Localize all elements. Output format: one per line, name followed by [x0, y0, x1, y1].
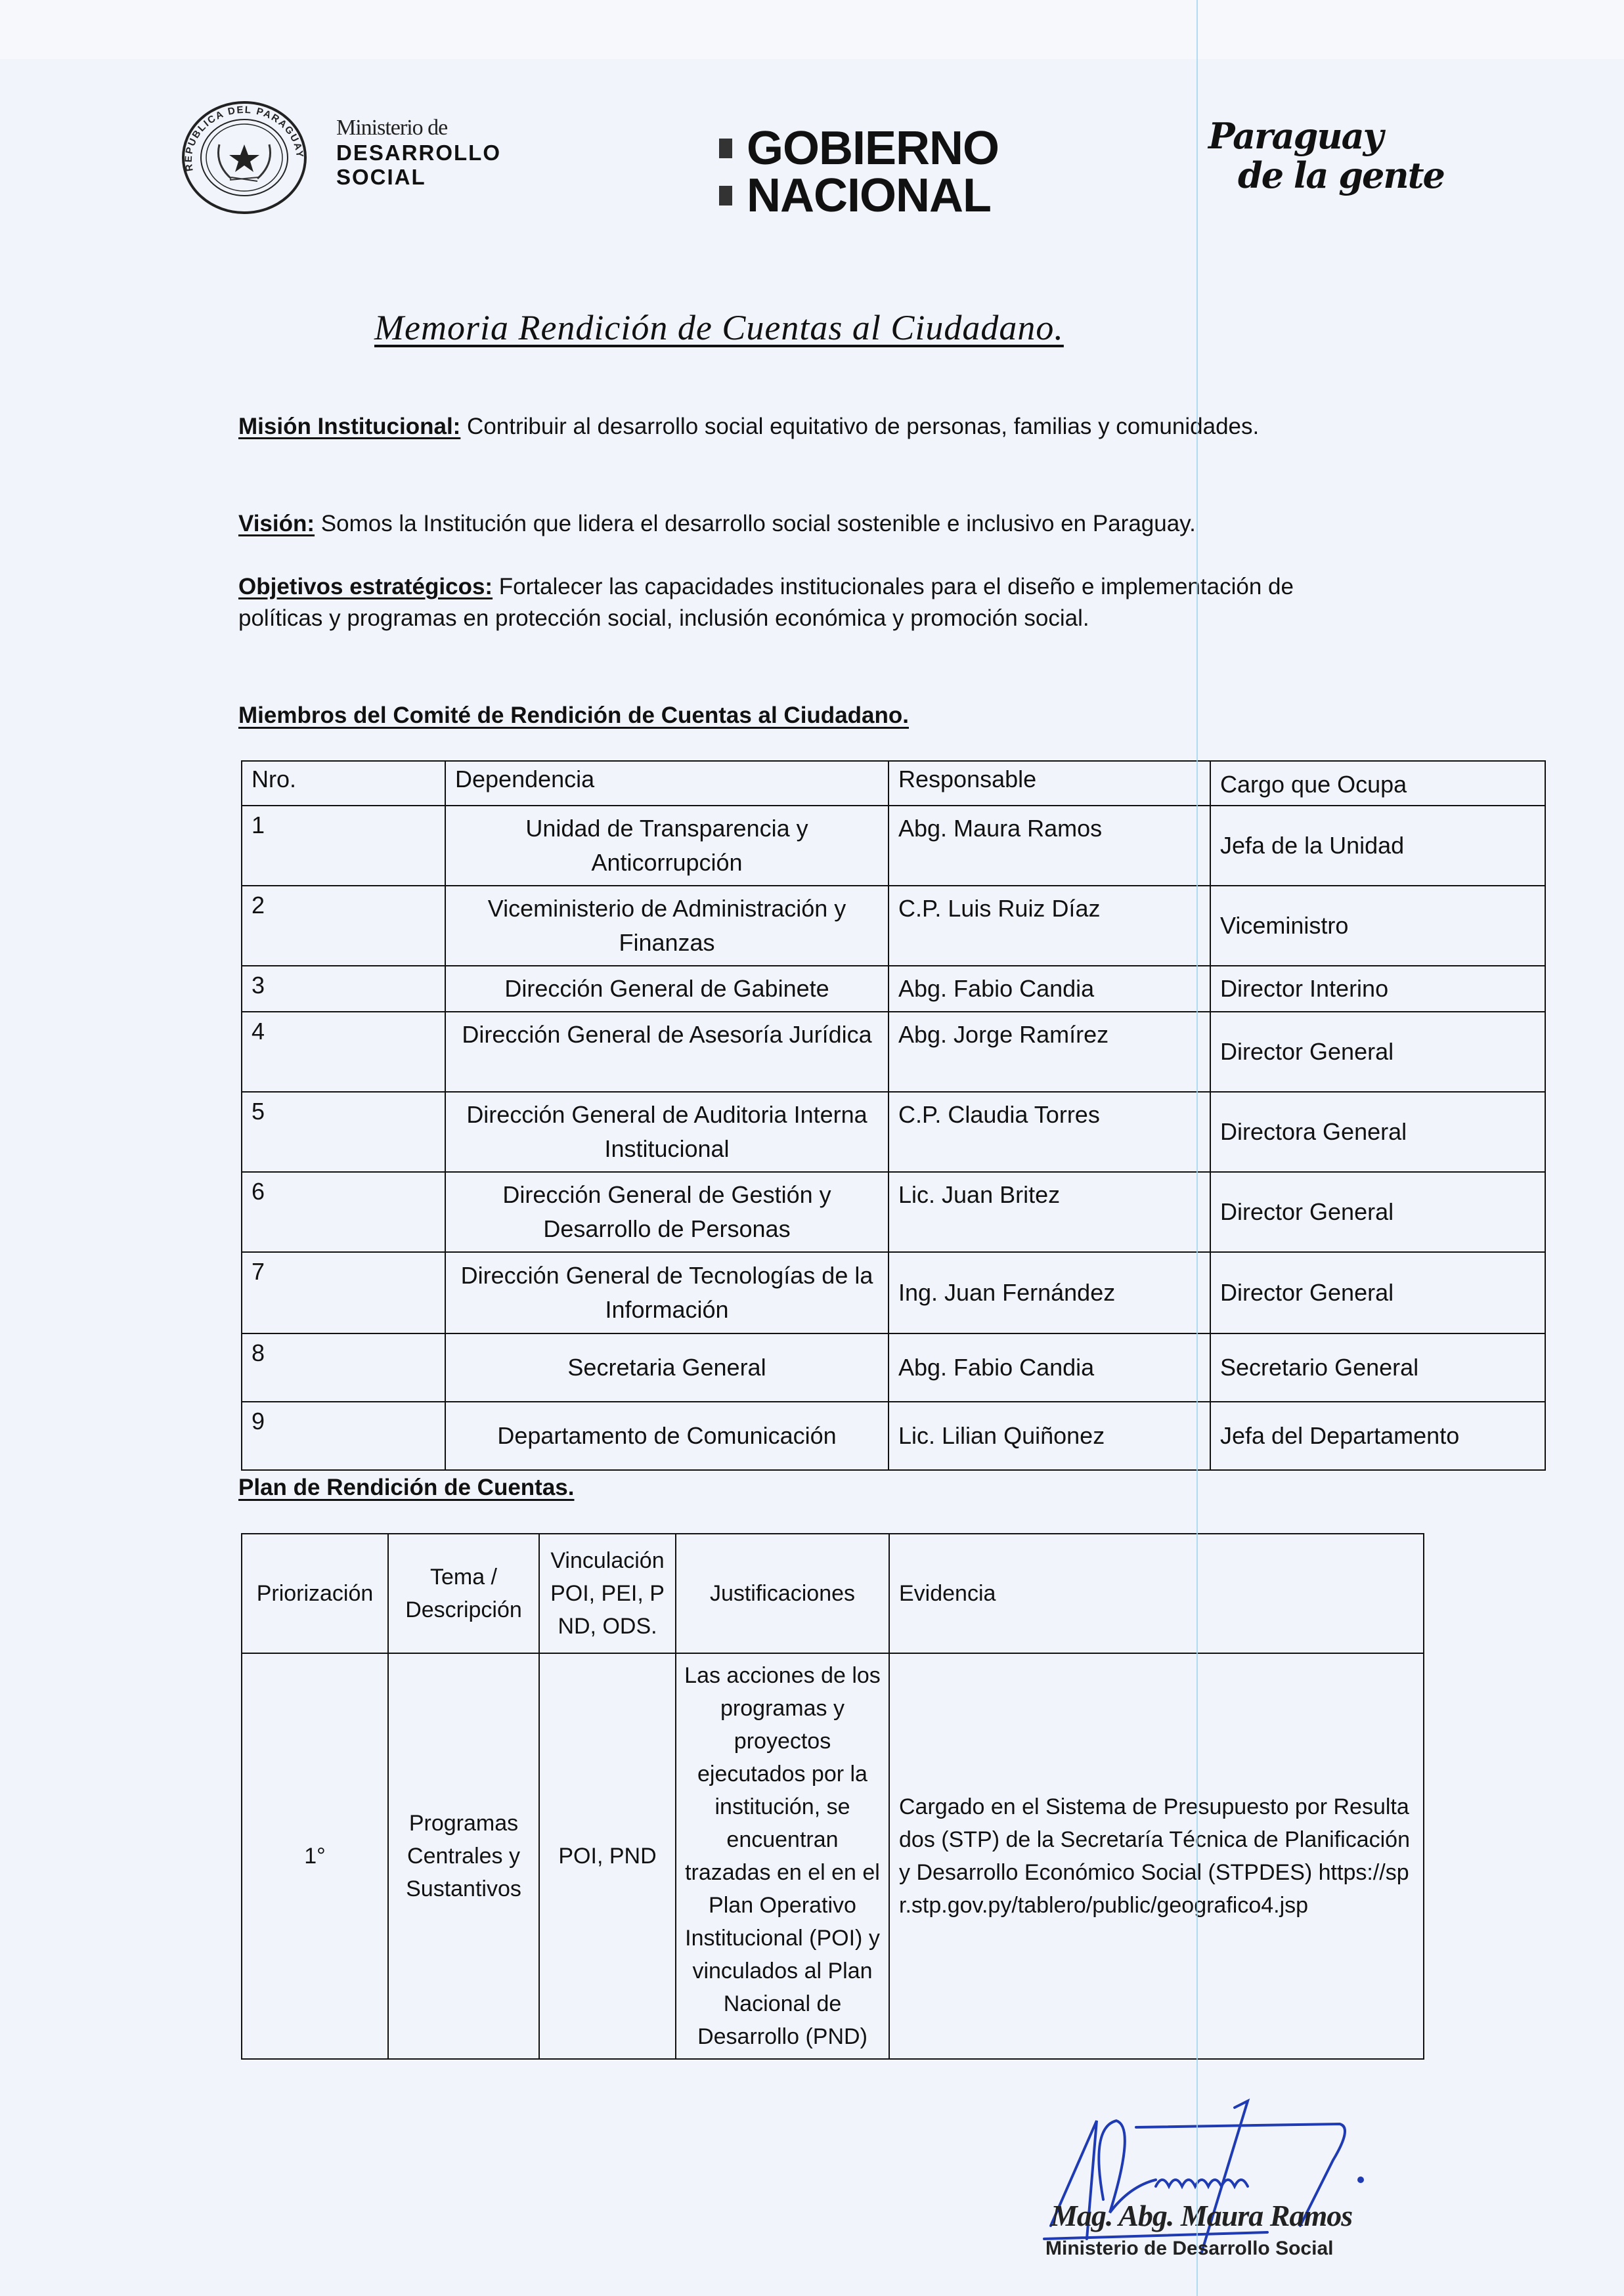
vision-text: Somos la Institución que lidera el desar… — [315, 511, 1196, 536]
slogan-line1: Paraguay — [1208, 118, 1444, 154]
cell-cargo: Secretario General — [1210, 1333, 1545, 1402]
cell-cargo: Jefa de la Unidad — [1210, 806, 1545, 886]
vision-paragraph: Visión: Somos la Institución que lidera … — [238, 508, 1368, 540]
slogan-logo: Paraguay de la gente — [1208, 118, 1444, 193]
column-header: Nro. — [242, 761, 445, 806]
square-bullet-icon — [719, 186, 732, 206]
gobierno-nacional-logo: GOBIERNO NACIONAL — [719, 125, 999, 219]
table-row: 1Unidad de Transparencia y Anticorrupció… — [242, 806, 1545, 886]
cell-dependencia: Dirección General de Asesoría Jurídica — [445, 1012, 889, 1092]
cell-dependencia: Dirección General de Gestión y Desarroll… — [445, 1172, 889, 1252]
cell-cargo: Director General — [1210, 1012, 1545, 1092]
table-row: 7Dirección General de Tecnologías de la … — [242, 1252, 1545, 1333]
column-header: Evidencia — [889, 1534, 1424, 1653]
column-header: Vinculación POI, PEI, PND, ODS. — [539, 1534, 676, 1653]
cell-nro: 2 — [242, 886, 445, 966]
table-row: 6Dirección General de Gestión y Desarrol… — [242, 1172, 1545, 1252]
cell-nro: 1 — [242, 806, 445, 886]
cell-tema: Programas Centrales y Sustantivos — [388, 1653, 539, 2059]
mision-text: Contribuir al desarrollo social equitati… — [460, 414, 1259, 439]
gobierno-line2: NACIONAL — [747, 172, 991, 219]
plan-header-row: Priorización Tema / Descripción Vinculac… — [242, 1534, 1424, 1653]
table-row: 4Dirección General de Asesoría JurídicaA… — [242, 1012, 1545, 1092]
table-row: 1°Programas Centrales y SustantivosPOI, … — [242, 1653, 1424, 2059]
cell-dependencia: Dirección General de Tecnologías de la I… — [445, 1252, 889, 1333]
cell-nro: 9 — [242, 1402, 445, 1470]
ministry-line3: SOCIAL — [336, 166, 501, 188]
cell-responsable: Abg. Jorge Ramírez — [889, 1012, 1210, 1092]
cell-cargo: Jefa del Departamento — [1210, 1402, 1545, 1470]
cell-dependencia: Departamento de Comunicación — [445, 1402, 889, 1470]
cell-responsable: Abg. Fabio Candia — [889, 966, 1210, 1012]
cell-vinculacion: POI, PND — [539, 1653, 676, 2059]
cell-dependencia: Unidad de Transparencia y Anticorrupción — [445, 806, 889, 886]
signatory-organization: Ministerio de Desarrollo Social — [1045, 2238, 1333, 2260]
cell-dependencia: Viceministerio de Administración y Finan… — [445, 886, 889, 966]
table-row: 8Secretaria GeneralAbg. Fabio CandiaSecr… — [242, 1333, 1545, 1402]
scan-artifact-line — [1196, 0, 1198, 2296]
square-bullet-icon — [719, 139, 732, 158]
members-table: Nro. Dependencia Responsable Cargo que O… — [241, 760, 1546, 1471]
cell-nro: 4 — [242, 1012, 445, 1092]
cell-priorizacion: 1° — [242, 1653, 388, 2059]
column-header: Cargo que Ocupa — [1210, 761, 1545, 806]
table-row: 2Viceministerio de Administración y Fina… — [242, 886, 1545, 966]
cell-nro: 7 — [242, 1252, 445, 1333]
cell-responsable: Abg. Fabio Candia — [889, 1333, 1210, 1402]
cell-justificacion: Las acciones de los programas y proyecto… — [676, 1653, 889, 2059]
cell-responsable: Ing. Juan Fernández — [889, 1252, 1210, 1333]
page-top-margin — [0, 0, 1624, 59]
cell-cargo: Director Interino — [1210, 966, 1545, 1012]
cell-dependencia: Dirección General de Auditoria Interna I… — [445, 1092, 889, 1172]
miembros-heading: Miembros del Comité de Rendición de Cuen… — [238, 703, 909, 729]
cell-responsable: Abg. Maura Ramos — [889, 806, 1210, 886]
cell-cargo: Directora General — [1210, 1092, 1545, 1172]
signature-icon — [1024, 2088, 1392, 2259]
cell-evidencia: Cargado en el Sistema de Presupuesto por… — [889, 1653, 1424, 2059]
objetivos-paragraph: Objetivos estratégicos: Fortalecer las c… — [238, 571, 1302, 634]
cell-cargo: Viceministro — [1210, 886, 1545, 966]
mision-label: Misión Institucional: — [238, 414, 460, 439]
cell-cargo: Director General — [1210, 1252, 1545, 1333]
cell-dependencia: Dirección General de Gabinete — [445, 966, 889, 1012]
mision-paragraph: Misión Institucional: Contribuir al desa… — [238, 411, 1368, 443]
ministry-line1: Ministerio de — [336, 117, 501, 139]
cell-nro: 8 — [242, 1333, 445, 1402]
cell-nro: 5 — [242, 1092, 445, 1172]
column-header: Priorización — [242, 1534, 388, 1653]
ministry-line2: DESARROLLO — [336, 142, 501, 163]
plan-heading: Plan de Rendición de Cuentas. — [238, 1475, 574, 1501]
document-title: Memoria Rendición de Cuentas al Ciudadan… — [374, 307, 1064, 348]
column-header: Dependencia — [445, 761, 889, 806]
cell-responsable: C.P. Claudia Torres — [889, 1092, 1210, 1172]
signatory-name: Mag. Abg. Maura Ramos — [1051, 2198, 1352, 2233]
table-row: 9Departamento de ComunicaciónLic. Lilian… — [242, 1402, 1545, 1470]
table-row: 5Dirección General de Auditoria Interna … — [242, 1092, 1545, 1172]
cell-responsable: Lic. Lilian Quiñonez — [889, 1402, 1210, 1470]
slogan-line2: de la gente — [1238, 158, 1444, 193]
cell-cargo: Director General — [1210, 1172, 1545, 1252]
plan-table: Priorización Tema / Descripción Vinculac… — [241, 1533, 1424, 2060]
ministry-logo: Ministerio de DESARROLLO SOCIAL — [336, 117, 501, 188]
table-row: 3Dirección General de GabineteAbg. Fabio… — [242, 966, 1545, 1012]
cell-nro: 3 — [242, 966, 445, 1012]
paraguay-seal-icon: REPUBLICA DEL PARAGUAY — [179, 98, 310, 217]
cell-nro: 6 — [242, 1172, 445, 1252]
column-header: Tema / Descripción — [388, 1534, 539, 1653]
gobierno-line1: GOBIERNO — [747, 125, 999, 172]
cell-responsable: C.P. Luis Ruiz Díaz — [889, 886, 1210, 966]
members-header-row: Nro. Dependencia Responsable Cargo que O… — [242, 761, 1545, 806]
cell-dependencia: Secretaria General — [445, 1333, 889, 1402]
column-header: Justificaciones — [676, 1534, 889, 1653]
objetivos-label: Objetivos estratégicos: — [238, 574, 493, 599]
vision-label: Visión: — [238, 511, 315, 536]
cell-responsable: Lic. Juan Britez — [889, 1172, 1210, 1252]
column-header: Responsable — [889, 761, 1210, 806]
